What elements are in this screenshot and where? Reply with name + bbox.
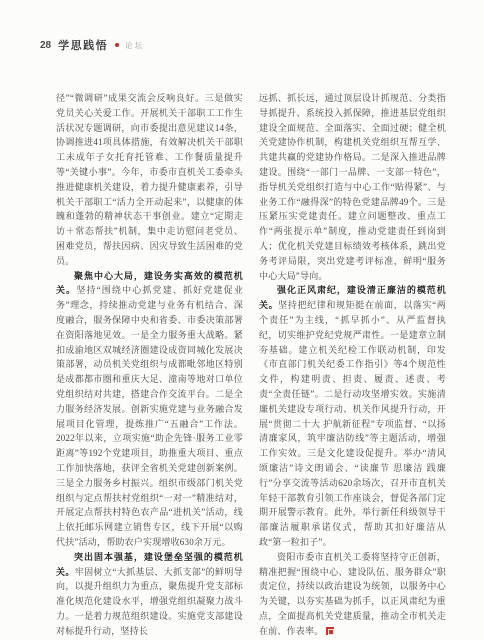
paragraph-right-continuation: 远抓、抓长远，通过顶层设计抓规范、分类指导抓提升、系统投入抓保障，推进基层党组织… <box>259 91 446 283</box>
paragraph-text: 牢固树立“大抓基层、大抓支部”的鲜明导向，以提升组织力为重点，聚焦提升党支部标准… <box>56 567 243 636</box>
paragraph-text: 径”“微调研”成果交流会反响良好。三是做实党员关心关爱工作。开展机关干部职工工作… <box>56 93 243 266</box>
article-end-icon <box>326 627 334 635</box>
paragraph-text: 坚持“围绕中心抓党建、抓好党建促业务”理念，持续推动党建与业务有机结合、深度融合… <box>56 285 243 547</box>
paragraph-strong-base: 突出固本强基，建设堡垒坚强的模范机关。牢固树立“大抓基层、大抓支部”的鲜明导向，… <box>56 550 243 639</box>
column-left: 径”“微调研”成果交流会反响良好。三是做实党员关心关爱工作。开展机关干部职工工作… <box>56 91 243 638</box>
magazine-page: 28 学思践悟 论坛 径”“微调研”成果交流会反响良好。三是做实党员关心关爱工作… <box>0 0 484 640</box>
column-right: 远抓、抓长远，通过顶层设计抓规范、分类指导抓提升、系统投入抓保障，推进基层党组织… <box>259 91 446 638</box>
page-header: 28 学思践悟 论坛 <box>40 37 144 53</box>
page-number: 28 <box>40 40 51 51</box>
paragraph-text: 资阳市委市直机关工委将坚持守正创新，精准把握“围绕中心、建设队伍、服务群众”职责… <box>259 552 446 636</box>
section-dot-icon <box>115 43 119 47</box>
section-title: 学思践悟 <box>58 37 108 53</box>
paragraph-left-continuation: 径”“微调研”成果交流会反响良好。三是做实党员关心关爱工作。开展机关干部职工工作… <box>56 91 243 269</box>
article-body: 径”“微调研”成果交流会反响良好。三是做实党员关心关爱工作。开展机关干部职工工作… <box>56 91 446 638</box>
paragraph-closing: 资阳市委市直机关工委将坚持守正创新，精准把握“围绕中心、建设队伍、服务群众”职责… <box>259 550 446 639</box>
paragraph-text: 远抓、抓长远，通过顶层设计抓规范、分类指导抓提升、系统投入抓保障，推进基层党组织… <box>259 93 446 281</box>
paragraph-discipline: 强化正风肃纪，建设清正廉洁的模范机关。坚持把纪律和规矩挺在前面，以落实“两个责任… <box>259 283 446 549</box>
subsection-title: 论坛 <box>125 40 144 51</box>
paragraph-text: 坚持把纪律和规矩挺在前面，以落实“两个责任”为主线，“抓早抓小”、从严监督执纪，… <box>259 300 446 547</box>
paragraph-focus-center: 聚焦中心大局，建设务实高效的模范机关。坚持“围绕中心抓党建、抓好党建促业务”理念… <box>56 269 243 550</box>
